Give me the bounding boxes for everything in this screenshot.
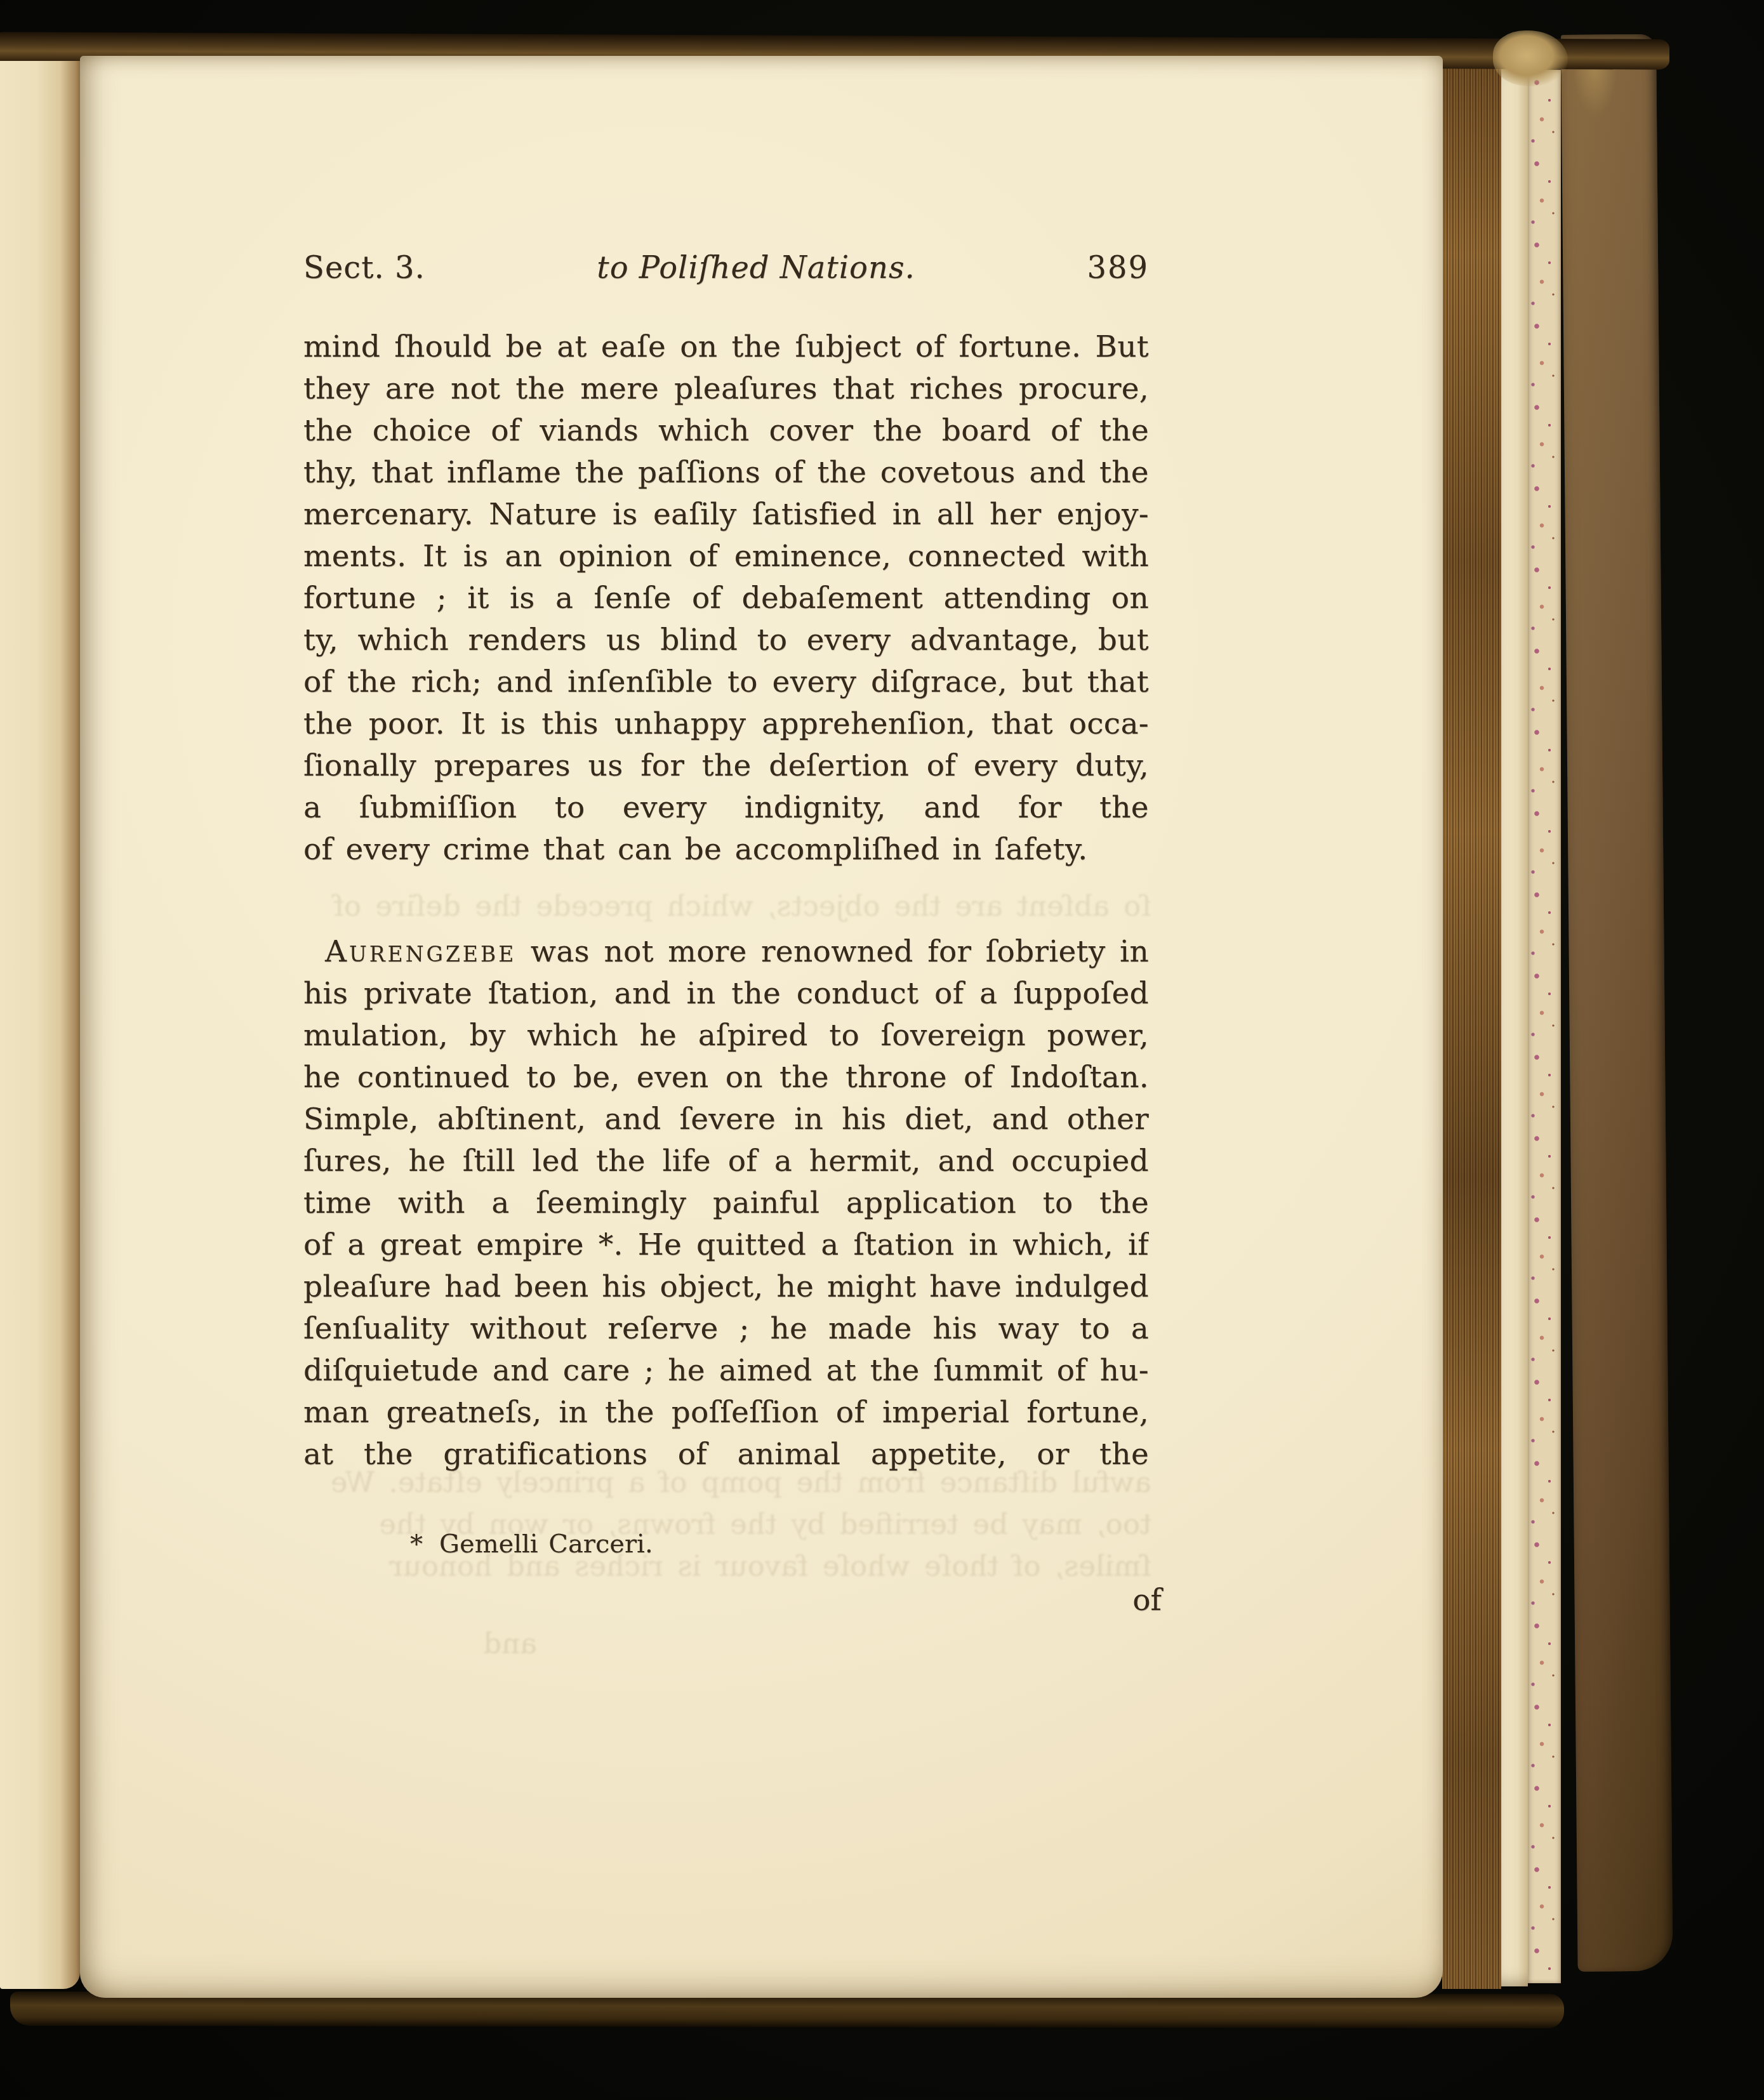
body-line: ſenſuality without reſerve ; he made his… [303, 1308, 1149, 1350]
body-line: ty, which renders us blind to every adva… [303, 619, 1149, 661]
book-photo: ſo abſent are the objects, which precede… [0, 0, 1764, 2100]
footnote: *Gemelli Carceri. [410, 1529, 653, 1559]
body-line: mercenary. Nature is eaſily ſatisfied in… [303, 494, 1149, 536]
body-line: thy, that inflame the paſſions of the co… [303, 452, 1149, 494]
body-line: they are not the mere pleaſures that ric… [303, 368, 1149, 410]
fore-edge-page-stack [1442, 61, 1501, 1989]
section-label: Sect. 3. [303, 250, 425, 286]
body-line: diſquietude and care ; he aimed at the ſ… [303, 1350, 1149, 1392]
body-line: his private ſtation, and in the conduct … [303, 973, 1149, 1015]
page-edge-strip [1501, 65, 1528, 1986]
body-line: Aurengzebe was not more renowned for ſob… [303, 931, 1149, 973]
footnote-marker: * [410, 1529, 423, 1559]
body-line: a ſubmiſſion to every indignity, and for… [303, 787, 1149, 829]
body-line: the poor. It is this unhappy apprehenſio… [303, 703, 1149, 745]
facing-page-sliver [0, 61, 80, 1989]
running-title: to Poliſhed Nations. [425, 250, 1087, 286]
body-line: Simple, abſtinent, and ſevere in his die… [303, 1099, 1149, 1140]
body-line-text: was not more renowned for ſobriety in [516, 934, 1149, 969]
body-line: time with a ſeemingly painful applicatio… [303, 1182, 1149, 1224]
body-line: mulation, by which he aſpired to ſoverei… [303, 1015, 1149, 1057]
body-line: he continued to be, even on the throne o… [303, 1057, 1149, 1099]
body-line: pleaſure had been his object, he might h… [303, 1266, 1149, 1308]
ghost-showthrough-line: ſo abſent are the objects, which precede… [298, 887, 1151, 925]
body-line: ſionally prepares us for the deſertion o… [303, 745, 1149, 787]
body-line: of the rich; and inſenſible to every diſ… [303, 661, 1149, 703]
paragraph-1: mind ſhould be at eaſe on the ſubject of… [303, 326, 1149, 871]
leather-cover-right [1561, 34, 1673, 1972]
catchword: of [303, 1583, 1162, 1618]
body-line: ments. It is an opinion of eminence, con… [303, 536, 1149, 578]
page-number: 389 [1087, 250, 1149, 286]
body-line: ſures, he ſtill led the life of a hermit… [303, 1140, 1149, 1182]
body-line: fortune ; it is a ſenſe of debaſement at… [303, 578, 1149, 619]
marbled-endpaper-edge [1528, 70, 1561, 1983]
ghost-showthrough-line: and [347, 1625, 537, 1663]
body-line: man greatneſs, in the poſſeſſion of impe… [303, 1392, 1149, 1434]
small-caps-name: Aurengzebe [325, 934, 516, 969]
worn-leather-patch [1493, 30, 1568, 86]
body-line: at the gratifications of animal appetite… [303, 1434, 1149, 1476]
body-line: mind ſhould be at eaſe on the ſubject of… [303, 326, 1149, 368]
footnote-text: Gemelli Carceri. [439, 1529, 653, 1559]
page-leaf: ſo abſent are the objects, which precede… [80, 56, 1443, 1998]
page-header: Sect. 3. to Poliſhed Nations. 389 [303, 250, 1149, 286]
body-line: the choice of viands which cover the boa… [303, 410, 1149, 452]
body-line: of a great empire *. He quitted a ſtatio… [303, 1224, 1149, 1266]
body-line: of every crime that can be accompliſhed … [303, 829, 1149, 871]
paragraph-2: Aurengzebe was not more renowned for ſob… [303, 931, 1149, 1476]
